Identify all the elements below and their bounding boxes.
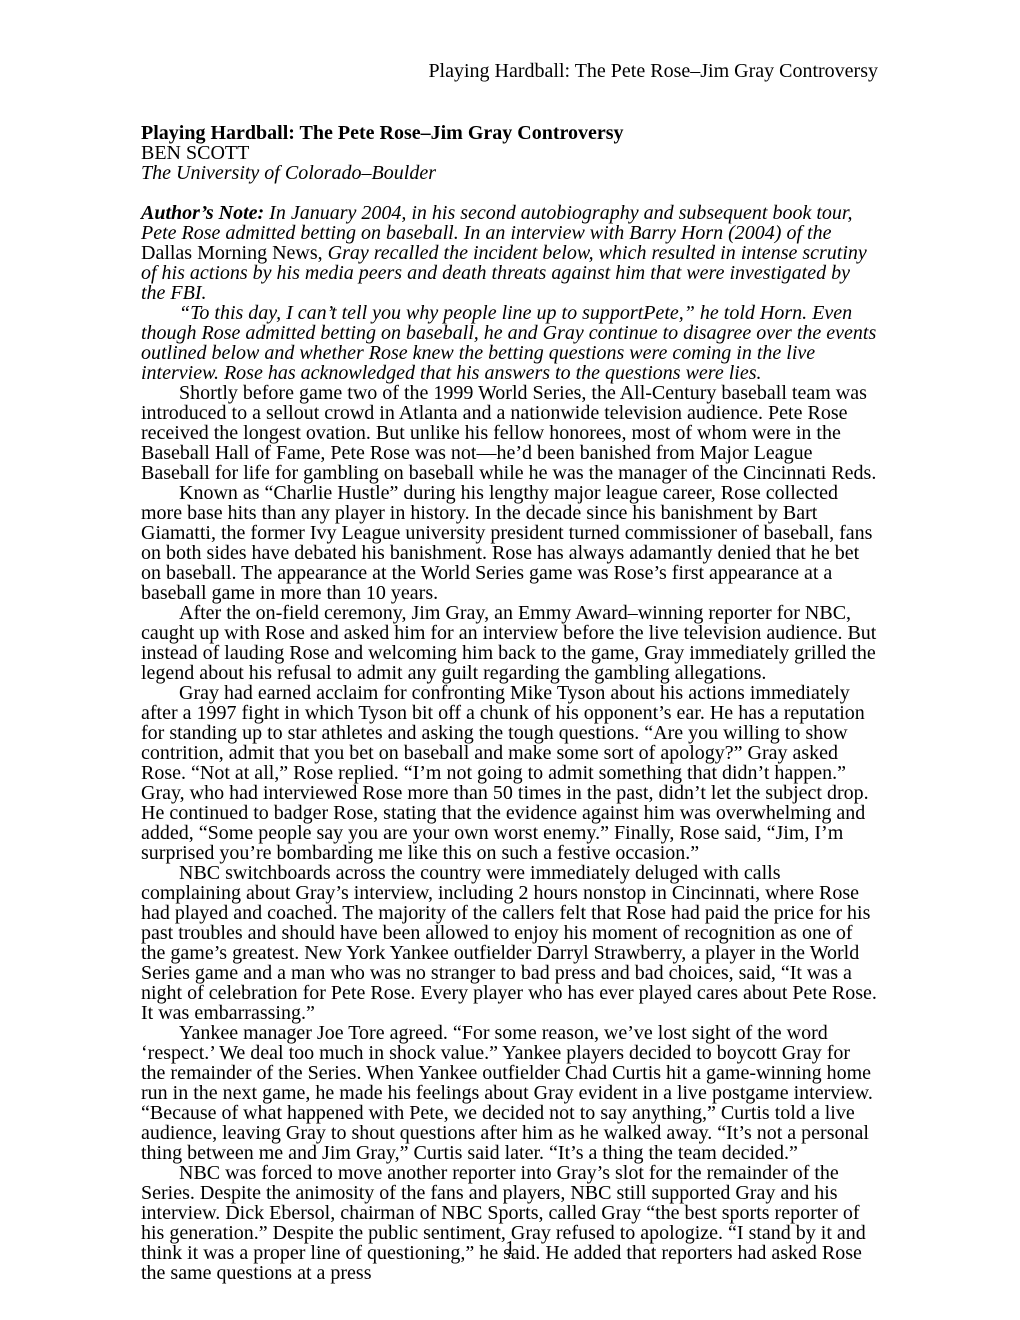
authors-note-paragraph-2: “To this day, I can’t tell you why peopl…	[141, 303, 878, 383]
body-paragraph-4: Gray had earned acclaim for confronting …	[141, 683, 878, 863]
author-name: BEN SCOTT	[141, 143, 878, 163]
document-title: Playing Hardball: The Pete Rose–Jim Gray…	[141, 123, 878, 143]
author-affiliation: The University of Colorado–Boulder	[141, 163, 878, 183]
page-number: 1	[0, 1238, 1020, 1258]
running-header: Playing Hardball: The Pete Rose–Jim Gray…	[141, 61, 878, 81]
document-body: Playing Hardball: The Pete Rose–Jim Gray…	[141, 123, 878, 1283]
body-paragraph-3: After the on-field ceremony, Jim Gray, a…	[141, 603, 878, 683]
body-paragraph-7: NBC was forced to move another reporter …	[141, 1163, 878, 1283]
publication-name: Dallas Morning News,	[141, 242, 323, 264]
body-paragraph-2: Known as “Charlie Hustle” during his len…	[141, 483, 878, 603]
authors-note-paragraph-1: Author’s Note: In January 2004, in his s…	[141, 203, 878, 303]
document-page: Playing Hardball: The Pete Rose–Jim Gray…	[0, 0, 1020, 1320]
spacer	[141, 183, 878, 203]
body-paragraph-6: Yankee manager Joe Tore agreed. “For som…	[141, 1023, 878, 1163]
authors-note-label: Author’s Note:	[141, 202, 264, 224]
body-paragraph-5: NBC switchboards across the country were…	[141, 863, 878, 1023]
body-paragraph-1: Shortly before game two of the 1999 Worl…	[141, 383, 878, 483]
